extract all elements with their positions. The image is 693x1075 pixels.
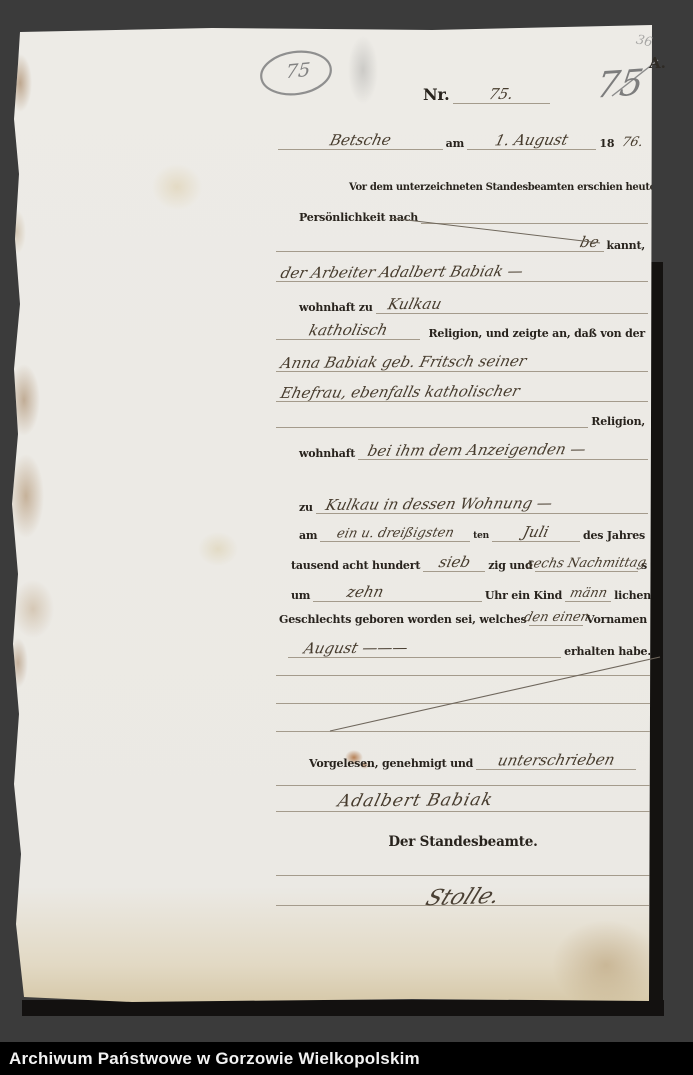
nr-label: Nr. bbox=[420, 85, 453, 104]
stain bbox=[198, 532, 238, 566]
birth-day-row: am ein u. dreißigsten ten Juli des Jahre… bbox=[296, 518, 648, 542]
folio-number-pencil: 75 bbox=[594, 62, 646, 106]
erhalten-label: erhalten habe. bbox=[561, 645, 654, 658]
vorgelesen-label: Vorgelesen, genehmigt und bbox=[306, 757, 476, 770]
child-name-value: August ——— bbox=[286, 640, 414, 657]
intro-row: Vor dem unterzeichneten Standesbeamten e… bbox=[346, 178, 650, 194]
registrar-signature: Stolle. bbox=[417, 886, 509, 912]
mother-residence-value: bei ihm dem Anzeigenden — bbox=[356, 442, 592, 460]
declarant-value: der Arbeiter Adalbert Babiak — bbox=[274, 264, 530, 282]
intro-text: Vor dem unterzeichneten Standesbeamten e… bbox=[346, 182, 682, 194]
blank-rule bbox=[276, 664, 650, 676]
circled-number: 75 bbox=[277, 58, 319, 84]
birth-year-row: tausend acht hundert sieb zig und sechs … bbox=[288, 548, 650, 572]
vorgelesen-row: Vorgelesen, genehmigt und unterschrieben bbox=[306, 746, 636, 770]
uhr-label: Uhr ein Kind bbox=[482, 589, 565, 602]
des-jahres-label: des Jahres bbox=[580, 529, 648, 542]
gender-value: männ bbox=[563, 587, 613, 601]
archive-footer-bar: Archiwum Państwowe w Gorzowie Wielkopols… bbox=[0, 1042, 693, 1075]
stain bbox=[12, 580, 54, 638]
declarant-row: der Arbeiter Adalbert Babiak — bbox=[276, 258, 648, 282]
stain bbox=[8, 210, 26, 254]
standesbeamte-label: Der Standesbeamte. bbox=[385, 834, 540, 850]
um-label: um bbox=[288, 589, 313, 602]
religion1-row: katholisch Religion, und zeigte an, daß … bbox=[276, 318, 648, 340]
book-edge-shadow-bottom bbox=[22, 1000, 664, 1016]
child-name-row: August ——— erhalten habe. bbox=[288, 634, 654, 658]
document-page: Nr. 75. Betsche am 1. August 18 76. Vor … bbox=[12, 24, 652, 1004]
persoenlichkeit-row: Persönlichkeit nach bbox=[296, 204, 648, 224]
religion2-label: Religion, bbox=[588, 415, 648, 428]
year-value: 76. bbox=[616, 136, 650, 150]
mother-line2-value: Ehefrau, ebenfalls katholischer bbox=[274, 384, 526, 402]
wohnhaft-label: wohnhaft bbox=[296, 447, 358, 460]
scan-viewer: Nr. 75. Betsche am 1. August 18 76. Vor … bbox=[0, 0, 693, 1075]
stain bbox=[348, 36, 378, 104]
tausend-label: tausend acht hundert bbox=[288, 559, 423, 572]
place-date-row: Betsche am 1. August 18 76. bbox=[278, 124, 648, 150]
record-number-value: 75. bbox=[482, 87, 520, 103]
ten-label: ten bbox=[470, 531, 492, 542]
mother-row-2: Ehefrau, ebenfalls katholischer bbox=[276, 376, 648, 402]
am-label: am bbox=[443, 137, 467, 150]
birth-month-value: Juli bbox=[516, 525, 555, 541]
place-value: Betsche bbox=[323, 133, 398, 150]
mother-row-1: Anna Babiak geb. Fritsch seiner bbox=[276, 346, 648, 372]
bekannt-label: kannt, bbox=[604, 239, 648, 252]
residence-value: Kulkau bbox=[374, 297, 448, 314]
stain bbox=[8, 364, 40, 436]
birth-place-row: zu Kulkau in dessen Wohnung — bbox=[296, 488, 648, 514]
religion1-label: Religion, und zeigte an, daß von der bbox=[420, 327, 648, 340]
blank-rule bbox=[276, 720, 650, 732]
blank-rule bbox=[276, 692, 650, 704]
hour-value: zehn bbox=[311, 585, 390, 602]
wohnhaft-zu-label: wohnhaft zu bbox=[296, 301, 376, 314]
stain bbox=[552, 920, 660, 1010]
corner-letter: A. bbox=[649, 54, 666, 72]
stain bbox=[8, 54, 32, 112]
birth-place-value: Kulkau in dessen Wohnung — bbox=[314, 496, 559, 514]
registrar-signature-row: Stolle. bbox=[276, 876, 650, 906]
vornamen-count-value: den einen bbox=[517, 611, 595, 626]
record-number-row: Nr. 75. bbox=[420, 82, 550, 104]
birth-day-value: ein u. dreißigsten bbox=[330, 526, 460, 541]
stain bbox=[8, 638, 28, 688]
religion2-row: Religion, bbox=[276, 410, 648, 428]
bekannt-value: be bbox=[573, 235, 605, 251]
residence-row: wohnhaft zu Kulkau bbox=[296, 290, 648, 314]
birth-hour-row: um zehn Uhr ein Kind männ lichen bbox=[288, 578, 654, 602]
unterschrieben-value: unterschrieben bbox=[491, 752, 621, 769]
lichen-label: lichen bbox=[611, 589, 654, 602]
religion1-value: katholisch bbox=[302, 323, 394, 340]
stain bbox=[8, 454, 44, 538]
stain bbox=[152, 164, 202, 210]
mother-residence-row: wohnhaft bei ihm dem Anzeigenden — bbox=[296, 436, 648, 460]
date-value: 1. August bbox=[488, 133, 575, 150]
declarant-signature: Adalbert Babiak bbox=[274, 792, 500, 812]
page-number-pencil: 36 bbox=[635, 32, 654, 50]
declarant-signature-row: Adalbert Babiak bbox=[276, 786, 650, 812]
bekannt-row: be kannt, bbox=[276, 232, 648, 252]
geschlechts-label: Geschlechts geboren worden sei, welches bbox=[276, 613, 529, 626]
am2-label: am bbox=[296, 529, 320, 542]
gender-row: Geschlechts geboren worden sei, welches … bbox=[276, 606, 650, 626]
archive-name: Archiwum Państwowe w Gorzowie Wielkopols… bbox=[0, 1049, 420, 1069]
zu-label: zu bbox=[296, 501, 316, 514]
persoenlichkeit-label: Persönlichkeit nach bbox=[296, 211, 421, 224]
standesbeamte-row: Der Standesbeamte. bbox=[276, 832, 650, 850]
daytime-value: sechs Nachmittag bbox=[521, 556, 653, 571]
decade-value: sieb bbox=[432, 555, 477, 571]
mother-line1-value: Anna Babiak geb. Fritsch seiner bbox=[274, 354, 533, 372]
year-printed: 18 bbox=[596, 137, 617, 150]
